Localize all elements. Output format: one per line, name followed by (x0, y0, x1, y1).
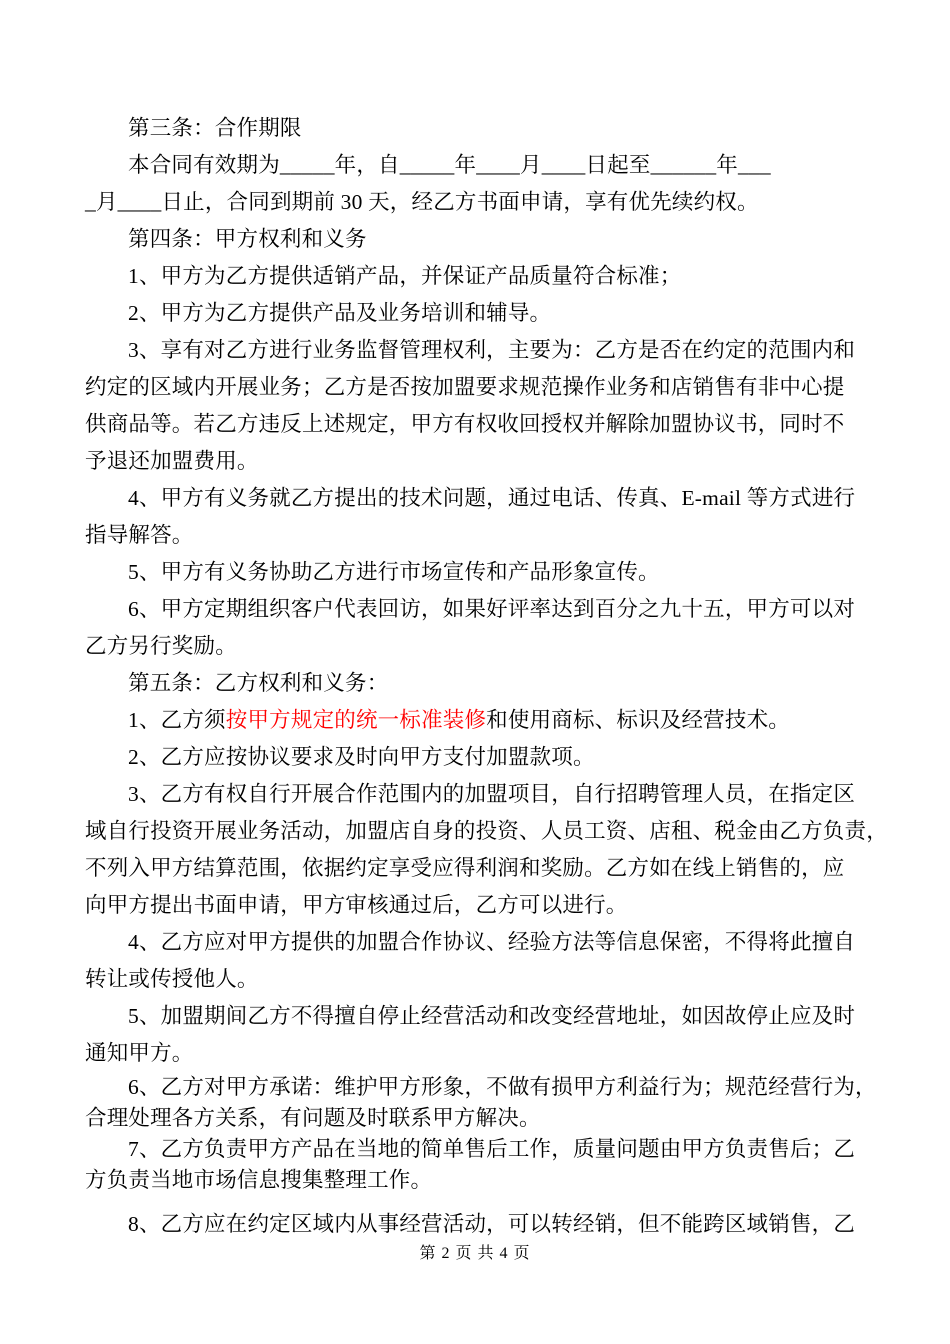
document-line: 6、甲方定期组织客户代表回访，如果好评率达到百分之九十五，甲方可以对 (85, 591, 875, 628)
document-line: 转让或传授他人。 (85, 961, 875, 998)
document-line: 供商品等。若乙方违反上述规定，甲方有权收回授权并解除加盟协议书，同时不 (85, 406, 875, 443)
document-line: 指导解答。 (85, 517, 875, 554)
document-line: 方负责当地市场信息搜集整理工作。 (85, 1165, 875, 1196)
document-line: 5、甲方有义务协助乙方进行市场宣传和产品形象宣传。 (85, 554, 875, 591)
document-line: 8、乙方应在约定区域内从事经营活动，可以转经销，但不能跨区域销售，乙 (85, 1206, 875, 1243)
document-line: 第四条：甲方权利和义务 (85, 221, 875, 258)
document-line: 3、享有对乙方进行业务监督管理权利，主要为：乙方是否在约定的范围内和 (85, 332, 875, 369)
document-page: 第三条：合作期限本合同有效期为_____年，自_____年____月____日起… (0, 0, 950, 1344)
document-line: 2、乙方应按协议要求及时向甲方支付加盟款项。 (85, 739, 875, 776)
document-line: 第五条：乙方权利和义务： (85, 665, 875, 702)
highlighted-red-text: 按甲方规定的统一标准装修 (226, 708, 486, 732)
document-line: _月____日止，合同到期前 30 天，经乙方书面申请，享有优先续约权。 (85, 184, 875, 221)
document-line: 域自行投资开展业务活动，加盟店自身的投资、人员工资、店租、税金由乙方负责， (85, 813, 875, 850)
document-line: 1、甲方为乙方提供适销产品，并保证产品质量符合标准； (85, 258, 875, 295)
document-line: 6、乙方对甲方承诺：维护甲方形象，不做有损甲方利益行为；规范经营行为， (85, 1072, 875, 1103)
document-line: 5、加盟期间乙方不得擅自停止经营活动和改变经营地址，如因故停止应及时 (85, 998, 875, 1035)
line-text: 1、乙方须 (128, 708, 226, 732)
document-line: 本合同有效期为_____年，自_____年____月____日起至______年… (85, 147, 875, 184)
document-line: 3、乙方有权自行开展合作范围内的加盟项目，自行招聘管理人员，在指定区 (85, 776, 875, 813)
document-line: 4、乙方应对甲方提供的加盟合作协议、经验方法等信息保密，不得将此擅自 (85, 924, 875, 961)
document-line: 7、乙方负责甲方产品在当地的简单售后工作，质量问题由甲方负责售后；乙 (85, 1134, 875, 1165)
document-line: 1、乙方须按甲方规定的统一标准装修和使用商标、标识及经营技术。 (85, 702, 875, 739)
line-text: 和使用商标、标识及经营技术。 (486, 708, 790, 732)
document-line: 第三条：合作期限 (85, 110, 875, 147)
document-line: 4、甲方有义务就乙方提出的技术问题，通过电话、传真、E-mail 等方式进行 (85, 480, 875, 517)
document-line: 向甲方提出书面申请，甲方审核通过后，乙方可以进行。 (85, 887, 875, 924)
page-number-footer: 第 2 页 共 4 页 (0, 1240, 950, 1263)
document-line: 予退还加盟费用。 (85, 443, 875, 480)
document-line: 通知甲方。 (85, 1035, 875, 1072)
document-line: 不列入甲方结算范围，依据约定享受应得利润和奖励。乙方如在线上销售的，应 (85, 850, 875, 887)
document-line: 乙方另行奖励。 (85, 628, 875, 665)
document-line: 合理处理各方关系，有问题及时联系甲方解决。 (85, 1103, 875, 1134)
document-body: 第三条：合作期限本合同有效期为_____年，自_____年____月____日起… (85, 110, 875, 1243)
document-line: 约定的区域内开展业务；乙方是否按加盟要求规范操作业务和店销售有非中心提 (85, 369, 875, 406)
document-line: 2、甲方为乙方提供产品及业务培训和辅导。 (85, 295, 875, 332)
